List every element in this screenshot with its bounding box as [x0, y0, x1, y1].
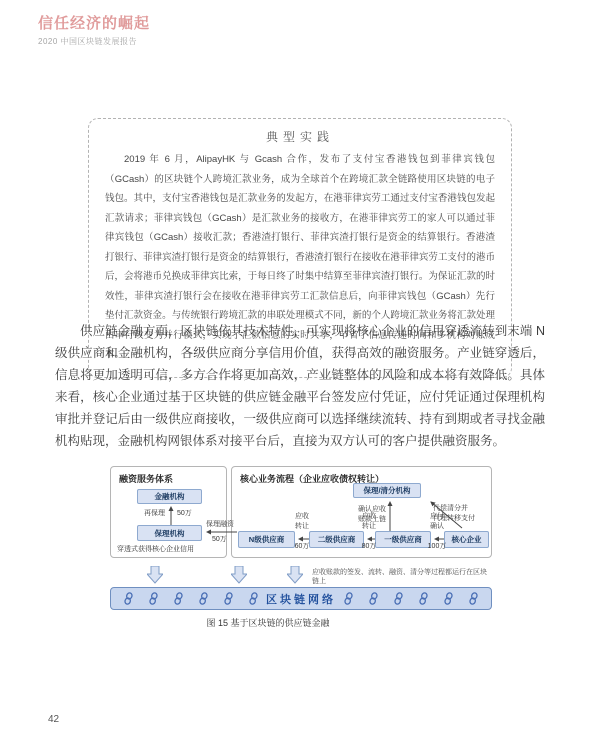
factoring-institution-node: 保理机构 [137, 525, 202, 541]
logo-title: 信任经济的崛起 [38, 12, 150, 33]
financial-institution-node: 金融机构 [137, 489, 202, 504]
flow-amount-1: 60万 [287, 542, 317, 552]
body-paragraph: 供应链金融方面，区块链依其技术特性，可实现将核心企业的信用穿透流转到末端 N 级… [55, 320, 545, 452]
report-logo: 信任经济的崛起 2020 中国区块链发展报告 [38, 12, 150, 47]
factoring-financing-amount: 50万 [212, 535, 227, 545]
factoring-financing-label: 保理融资 [206, 520, 234, 530]
flow-amount-2: 80万 [354, 542, 384, 552]
onchain-process-note: 应收账款的签发、流转、融资、清分等过程都运行在区块链上 [312, 568, 492, 586]
chain-link-icon [148, 592, 159, 605]
financing-service-panel: 融资服务体系 金融机构 保理机构 再保理 50万 穿透式获得核心企业信用 [110, 466, 227, 558]
core-process-panel: 核心业务流程（企业应收债权转让） 保理/清分机构 N级供应商 二级供应商 一级供… [231, 466, 492, 558]
flow-label-2: 应收 转让 [354, 512, 384, 531]
refactoring-label: 再保理 [129, 509, 165, 519]
chain-link-icon [368, 592, 379, 605]
chain-link-icon [248, 592, 259, 605]
chain-link-icon [443, 592, 454, 605]
chain-link-icon [173, 592, 184, 605]
clearing-institution-node: 保理/清分机构 [353, 483, 421, 498]
figure-caption: 图 15 基于区块链的供应链金融 [77, 616, 459, 629]
flow-amount-3: 100万 [422, 542, 452, 552]
down-arrow-icon [287, 566, 303, 584]
chain-link-icon [123, 592, 134, 605]
flow-label-1: 应收 转让 [287, 512, 317, 531]
report-page: 信任经济的崛起 2020 中国区块链发展报告 典型实践 2019 年 6 月，A… [0, 0, 600, 748]
network-bar-label: 区块链网络 [266, 591, 336, 607]
down-arrow-icon [147, 566, 163, 584]
chain-link-icon [393, 592, 404, 605]
chain-link-icon [468, 592, 479, 605]
chain-link-icon [343, 592, 354, 605]
left-panel-footnote: 穿透式获得核心企业信用 [117, 545, 194, 555]
figure-supply-chain-finance: 融资服务体系 金融机构 保理机构 再保理 50万 穿透式获得核心企业信用 核心业… [110, 466, 492, 644]
logo-subtitle: 2020 中国区块链发展报告 [38, 36, 150, 47]
page-number: 42 [48, 714, 59, 725]
refactoring-amount: 50万 [177, 509, 192, 519]
chain-link-icon [198, 592, 209, 605]
left-panel-title: 融资服务体系 [119, 472, 173, 485]
callout-title: 典型实践 [105, 128, 495, 145]
flow-label-3: 应付 确认 [422, 512, 452, 531]
down-arrow-icon [231, 566, 247, 584]
chain-link-icon [223, 592, 234, 605]
chain-links-right [343, 592, 479, 605]
blockchain-network-bar: 区块链网络 [110, 587, 492, 610]
chain-links-left [123, 592, 259, 605]
chain-link-icon [418, 592, 429, 605]
